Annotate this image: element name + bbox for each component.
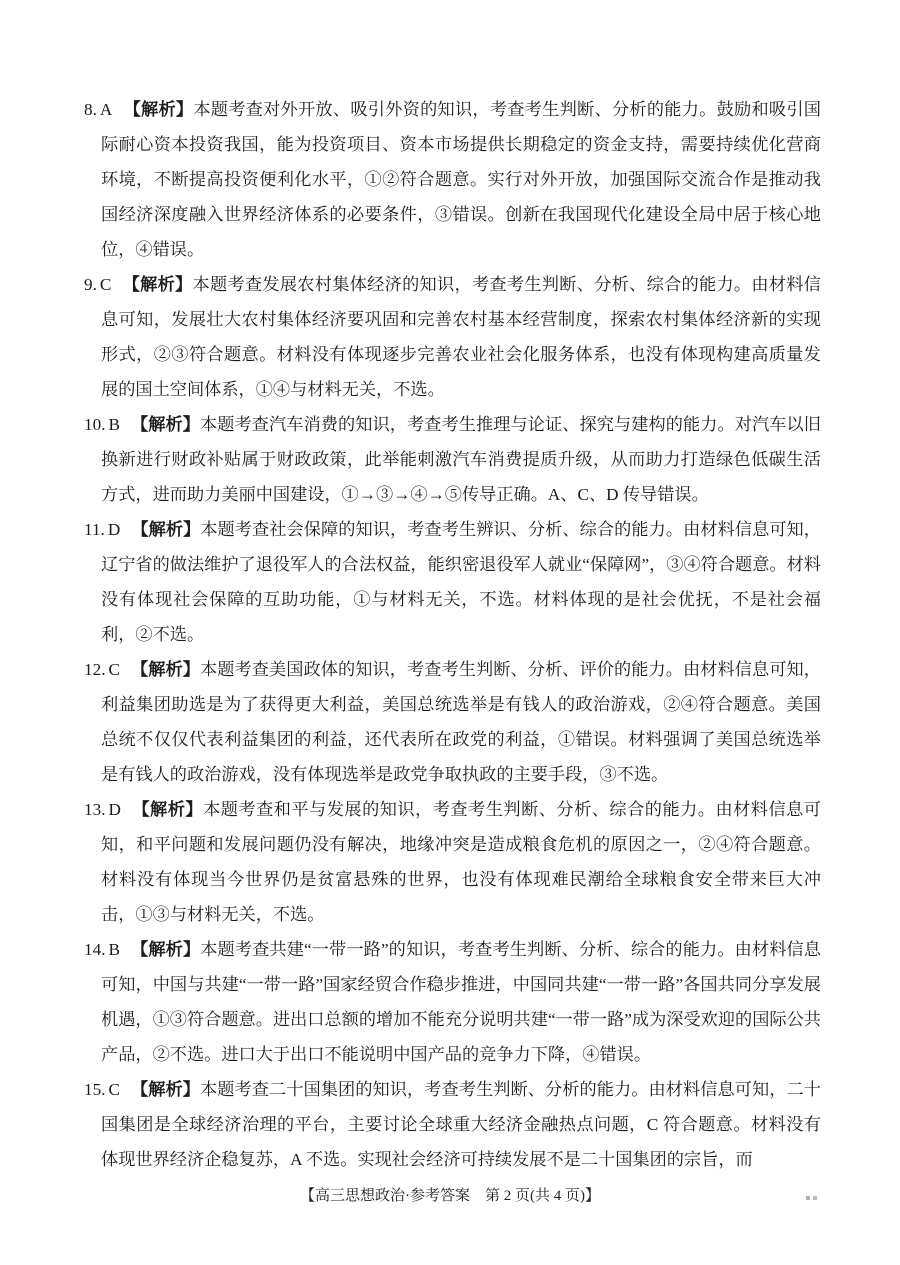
answer-item-10: 10.B【解析】本题考查汽车消费的知识，考查考生推理与论证、探究与建构的能力。对…: [84, 407, 821, 512]
question-number: 12.: [84, 660, 105, 679]
answer-letter: D: [108, 520, 120, 539]
analysis-tag: 【解析】: [122, 274, 192, 294]
question-number: 14.: [84, 940, 105, 959]
analysis-text: 本题考查和平与发展的知识，考查考生判断、分析、综合的能力。由材料信息可知，和平问…: [101, 800, 821, 924]
answer-letter: C: [100, 275, 111, 294]
answer-letter: B: [108, 415, 119, 434]
answer-letter: D: [108, 800, 120, 819]
answer-item-8: 8.A【解析】本题考查对外开放、吸引外资的知识，考查考生判断、分析的能力。鼓励和…: [84, 92, 821, 267]
answer-letter: B: [108, 940, 119, 959]
analysis-text: 本题考查二十国集团的知识，考查考生判断、分析的能力。由材料信息可知，二十国集团是…: [101, 1080, 821, 1169]
document-page: 8.A【解析】本题考查对外开放、吸引外资的知识，考查考生判断、分析的能力。鼓励和…: [0, 0, 900, 1265]
analysis-text: 本题考查美国政体的知识，考查考生判断、分析、评价的能力。由材料信息可知，利益集团…: [101, 660, 821, 784]
scan-artifact-mark: [806, 1196, 810, 1200]
analysis-tag: 【解析】: [131, 659, 200, 679]
answer-item-12: 12.C【解析】本题考查美国政体的知识，考查考生判断、分析、评价的能力。由材料信…: [84, 652, 821, 792]
question-number: 13.: [84, 800, 105, 819]
analysis-tag: 【解析】: [131, 519, 200, 539]
answer-explanations: 8.A【解析】本题考查对外开放、吸引外资的知识，考查考生判断、分析的能力。鼓励和…: [84, 92, 821, 1177]
question-number: 15.: [84, 1080, 105, 1099]
analysis-text: 本题考查汽车消费的知识，考查考生推理与论证、探究与建构的能力。对汽车以旧换新进行…: [101, 415, 821, 504]
answer-item-11: 11.D【解析】本题考查社会保障的知识，考查考生辨识、分析、综合的能力。由材料信…: [84, 512, 821, 652]
page-footer: 【高三思想政治·参考答案 第 2 页(共 4 页)】: [0, 1185, 900, 1207]
analysis-text: 本题考查共建“一带一路”的知识，考查考生判断、分析、综合的能力。由材料信息可知，…: [101, 940, 821, 1064]
answer-item-13: 13.D【解析】本题考查和平与发展的知识，考查考生判断、分析、综合的能力。由材料…: [84, 792, 821, 932]
question-number: 9.: [84, 275, 97, 294]
answer-letter: C: [108, 1080, 119, 1099]
analysis-text: 本题考查发展农村集体经济的知识，考查考生判断、分析、综合的能力。由材料信息可知，…: [101, 275, 821, 399]
analysis-tag: 【解析】: [131, 939, 200, 959]
question-number: 11.: [84, 520, 105, 539]
answer-letter: C: [108, 660, 119, 679]
analysis-text: 本题考查对外开放、吸引外资的知识，考查考生判断、分析的能力。鼓励和吸引国际耐心资…: [101, 100, 821, 259]
analysis-tag: 【解析】: [131, 414, 200, 434]
answer-letter: A: [100, 100, 112, 119]
answer-item-15: 15.C【解析】本题考查二十国集团的知识，考查考生判断、分析的能力。由材料信息可…: [84, 1072, 821, 1177]
answer-item-9: 9.C【解析】本题考查发展农村集体经济的知识，考查考生判断、分析、综合的能力。由…: [84, 267, 821, 407]
analysis-text: 本题考查社会保障的知识，考查考生辨识、分析、综合的能力。由材料信息可知，辽宁省的…: [101, 520, 821, 644]
analysis-tag: 【解析】: [123, 99, 193, 119]
analysis-tag: 【解析】: [131, 1079, 200, 1099]
question-number: 8.: [84, 100, 97, 119]
answer-item-14: 14.B【解析】本题考查共建“一带一路”的知识，考查考生判断、分析、综合的能力。…: [84, 932, 821, 1072]
question-number: 10.: [84, 415, 105, 434]
analysis-tag: 【解析】: [132, 799, 203, 819]
